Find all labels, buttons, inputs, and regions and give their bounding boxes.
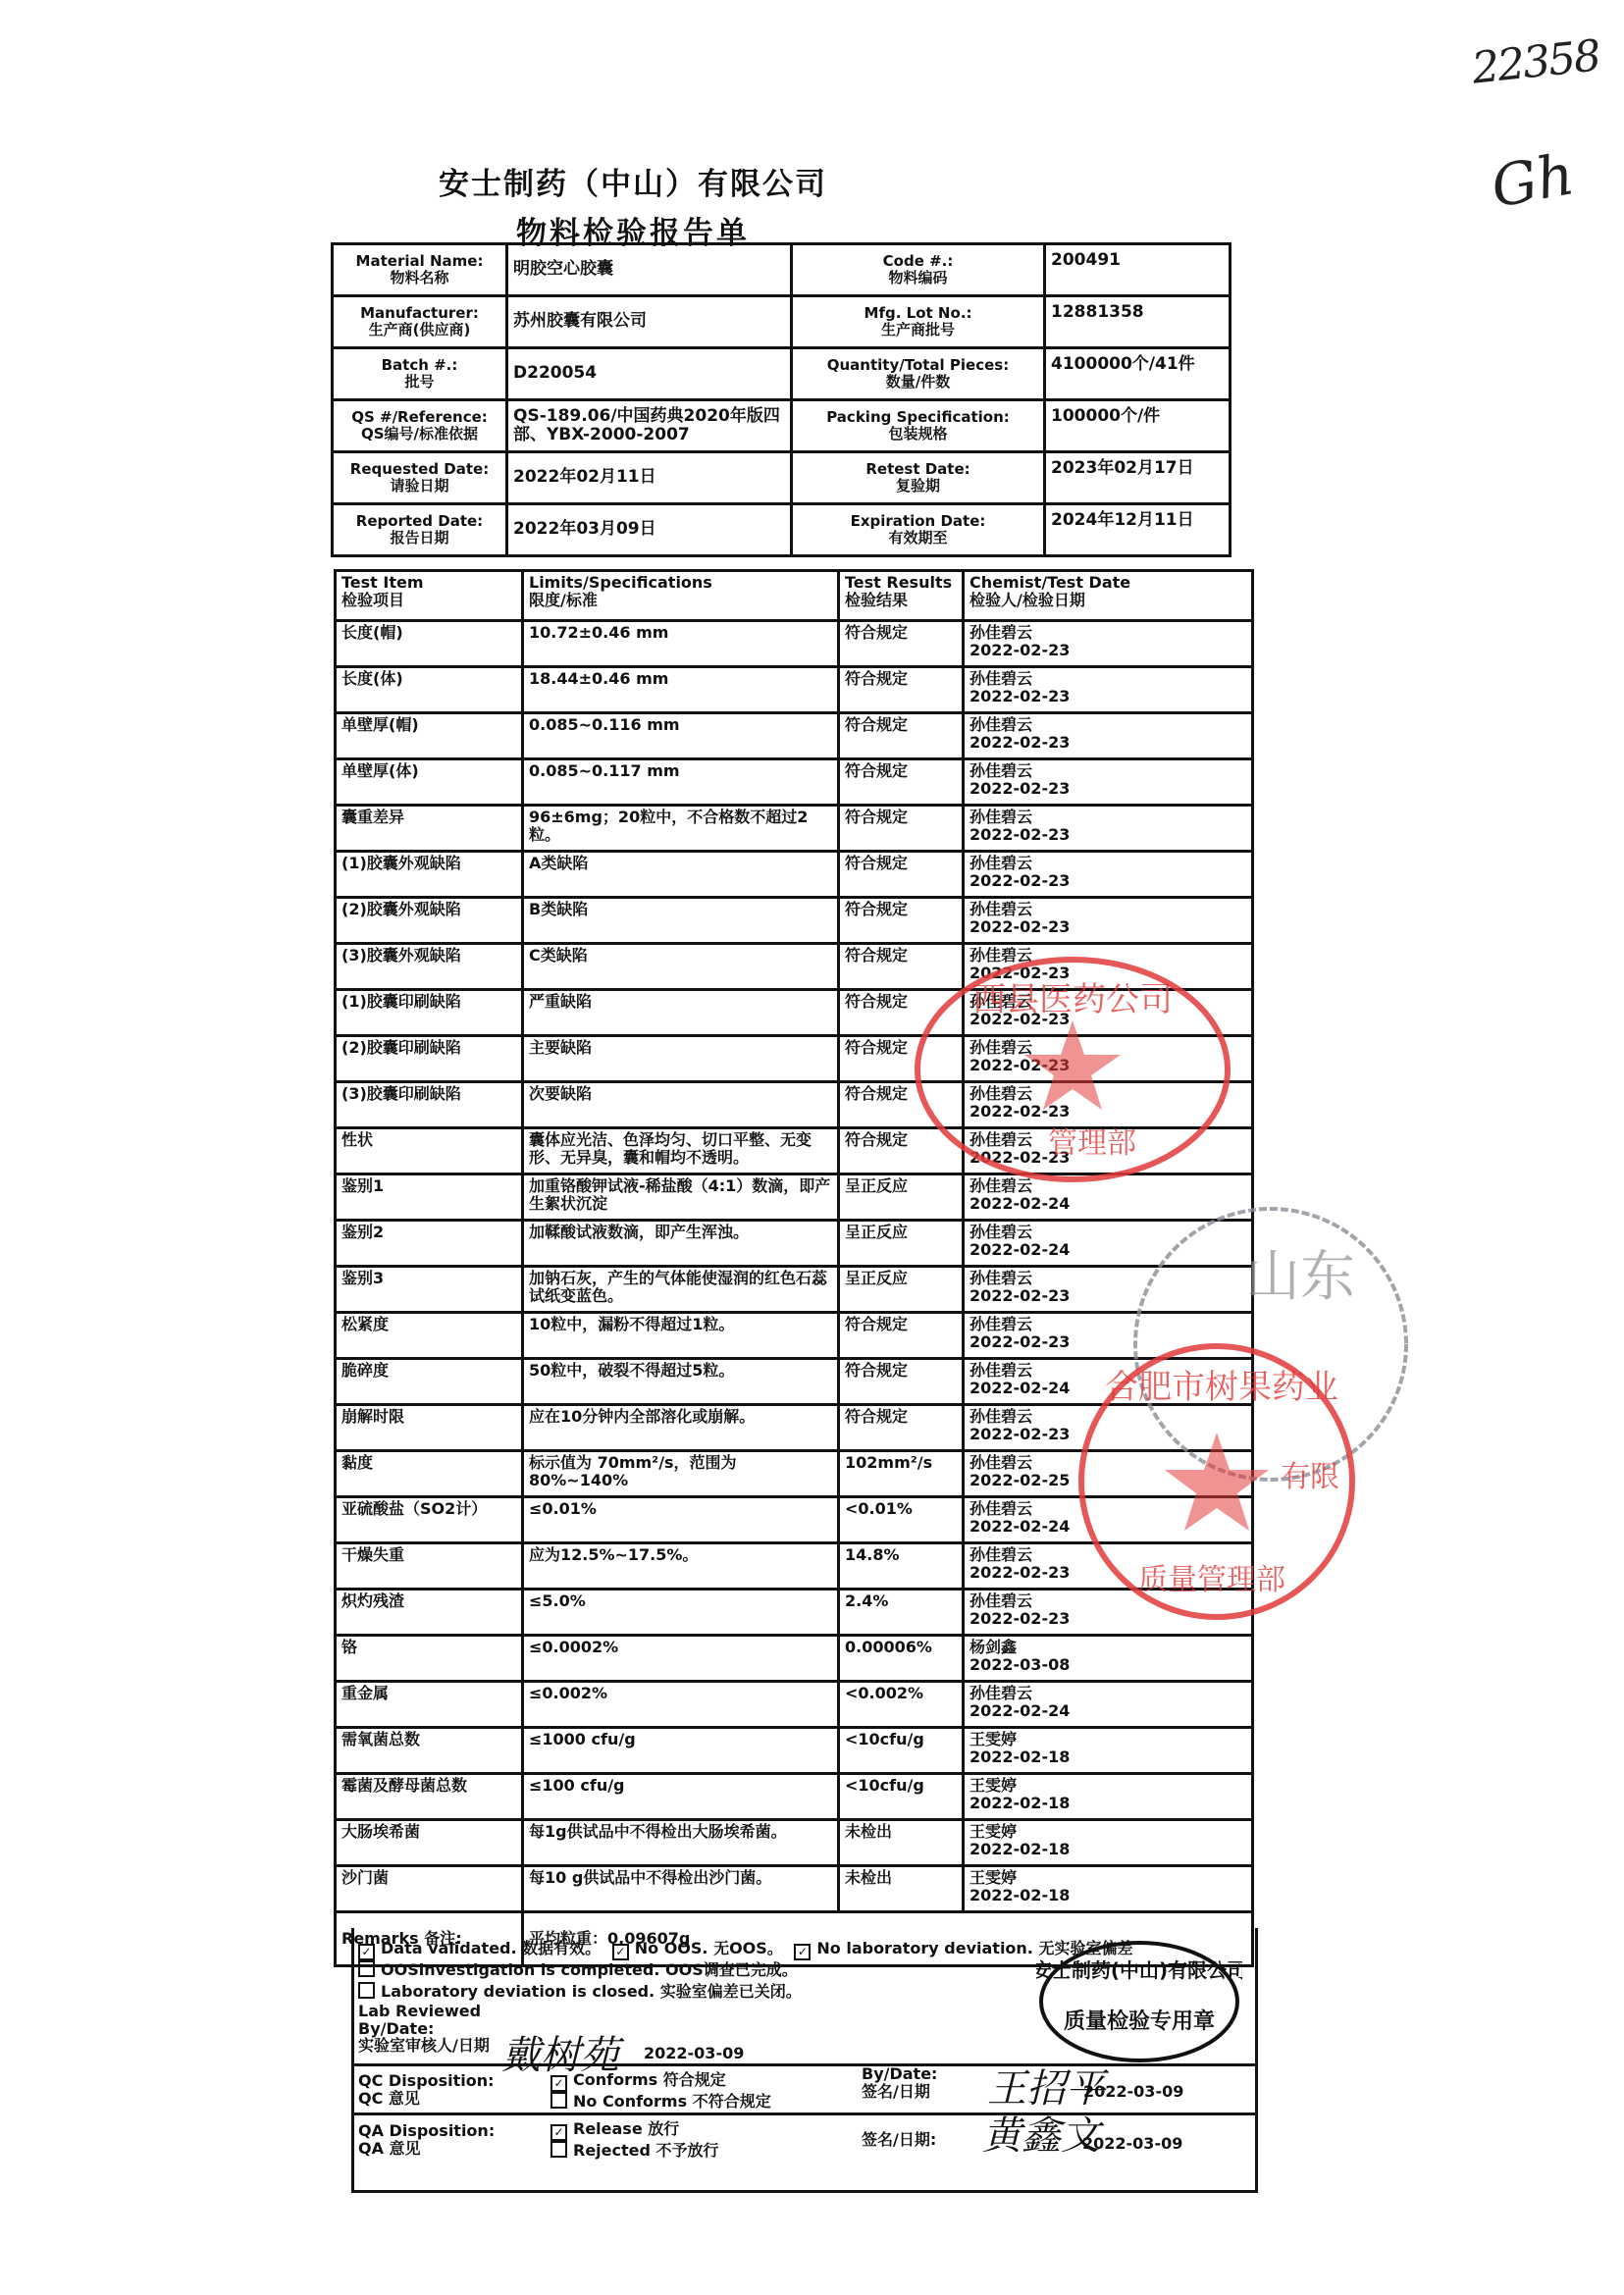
checkbox-rejected[interactable] xyxy=(550,2141,567,2158)
test-spec: ≤0.01% xyxy=(523,1497,839,1543)
chemist-date: 孙佳碧云2022-02-23 xyxy=(964,852,1253,898)
company-name: 安士制药（中山）有限公司 xyxy=(0,159,1266,203)
test-item: 炽灼残渣 xyxy=(336,1590,523,1636)
test-result: <10cfu/g xyxy=(839,1728,964,1774)
test-spec: 0.085~0.116 mm xyxy=(523,713,839,759)
test-item: (3)胶囊外观缺陷 xyxy=(336,944,523,990)
test-spec: 0.085~0.117 mm xyxy=(523,759,839,806)
field-value: 12881358 xyxy=(1045,296,1231,348)
column-header: Chemist/Test Date检验人/检验日期 xyxy=(964,571,1253,621)
field-value: 100000个/件 xyxy=(1045,400,1231,452)
table-header-row: Test Item检验项目Limits/Specifications限度/标准T… xyxy=(336,571,1253,621)
test-result: <0.01% xyxy=(839,1497,964,1543)
table-row: 霉菌及酵母菌总数≤100 cfu/g<10cfu/g王雯婷2022-02-18 xyxy=(336,1774,1253,1820)
svg-text:有限: 有限 xyxy=(1281,1460,1339,1494)
table-row: 大肠埃希菌每1g供试品中不得检出大肠埃希菌。未检出王雯婷2022-02-18 xyxy=(336,1820,1253,1866)
checkbox-conforms[interactable]: ✓ xyxy=(550,2075,567,2092)
checkbox-no-conforms[interactable] xyxy=(550,2092,567,2109)
field-label: Mfg. Lot No.:生产商批号 xyxy=(792,296,1045,348)
test-spec: 加重铬酸钾试液-稀盐酸（4:1）数滴，即产生絮状沉淀 xyxy=(523,1174,839,1221)
field-value: 200491 xyxy=(1045,244,1231,296)
qa-disposition-label: QA Disposition: QA 意见 xyxy=(358,2122,495,2157)
chemist-date: 孙佳碧云2022-02-23 xyxy=(964,944,1253,990)
test-item: 铬 xyxy=(336,1636,523,1682)
field-label: Packing Specification:包装规格 xyxy=(792,400,1045,452)
svg-text:山东: 山东 xyxy=(1245,1245,1355,1309)
test-spec: ≤0.002% xyxy=(523,1682,839,1728)
test-result: 符合规定 xyxy=(839,1313,964,1359)
column-header: Limits/Specifications限度/标准 xyxy=(523,571,839,621)
qc-disposition-label: QC Disposition: QC 意见 xyxy=(358,2072,495,2107)
column-header: Test Item检验项目 xyxy=(336,571,523,621)
chemist-date: 王雯婷2022-02-18 xyxy=(964,1774,1253,1820)
test-item: 脆碎度 xyxy=(336,1359,523,1405)
test-item: 霉菌及酵母菌总数 xyxy=(336,1774,523,1820)
chemist-date: 孙佳碧云2022-02-24 xyxy=(964,1359,1253,1405)
table-row: 鉴别3加钠石灰，产生的气体能使湿润的红色石蕊试纸变蓝色。呈正反应孙佳碧云2022… xyxy=(336,1267,1253,1313)
test-item: 黏度 xyxy=(336,1451,523,1497)
test-spec: C类缺陷 xyxy=(523,944,839,990)
table-row: 铬≤0.0002%0.00006%杨剑鑫2022-03-08 xyxy=(336,1636,1253,1682)
chemist-date: 孙佳碧云2022-02-25 xyxy=(964,1451,1253,1497)
test-result: 符合规定 xyxy=(839,621,964,667)
test-spec: ≤5.0% xyxy=(523,1590,839,1636)
chemist-date: 孙佳碧云2022-02-23 xyxy=(964,1543,1253,1590)
test-item: 鉴别1 xyxy=(336,1174,523,1221)
field-value: 4100000个/41件 xyxy=(1045,348,1231,400)
test-spec: 标示值为 70mm²/s，范围为80%~140% xyxy=(523,1451,839,1497)
chemist-date: 孙佳碧云2022-02-23 xyxy=(964,759,1253,806)
table-row: 长度(体)18.44±0.46 mm符合规定孙佳碧云2022-02-23 xyxy=(336,667,1253,713)
qc-option-label: Conforms 符合规定 xyxy=(573,2070,726,2089)
qc-options: ✓Conforms 符合规定 No Conforms 不符合规定 xyxy=(550,2071,771,2111)
test-result: 符合规定 xyxy=(839,667,964,713)
test-item: 长度(帽) xyxy=(336,621,523,667)
test-result: 符合规定 xyxy=(839,1082,964,1128)
chemist-date: 王雯婷2022-02-18 xyxy=(964,1728,1253,1774)
checkbox-release[interactable]: ✓ xyxy=(550,2124,567,2141)
qc-by-label-line: 签名/日期 xyxy=(862,2083,937,2101)
table-row: (2)胶囊外观缺陷B类缺陷符合规定孙佳碧云2022-02-23 xyxy=(336,898,1253,944)
material-info-table: Material Name:物料名称明胶空心胶囊Code #.:物料编码2004… xyxy=(331,242,1231,557)
qa-option-label: Rejected 不予放行 xyxy=(573,2141,719,2160)
info-row: Batch #.:批号D220054Quantity/Total Pieces:… xyxy=(333,348,1231,400)
table-row: 沙门菌每10 g供试品中不得检出沙门菌。未检出王雯婷2022-02-18 xyxy=(336,1866,1253,1912)
column-header: Test Results检验结果 xyxy=(839,571,964,621)
test-result: 呈正反应 xyxy=(839,1174,964,1221)
chemist-date: 孙佳碧云2022-02-24 xyxy=(964,1682,1253,1728)
table-row: 松紧度10粒中，漏粉不得超过1粒。符合规定孙佳碧云2022-02-23 xyxy=(336,1313,1253,1359)
table-row: 炽灼残渣≤5.0%2.4%孙佳碧云2022-02-23 xyxy=(336,1590,1253,1636)
check-label: No laboratory deviation. 无实验室偏差 xyxy=(816,1939,1132,1957)
test-result: 0.00006% xyxy=(839,1636,964,1682)
chemist-date: 杨剑鑫2022-03-08 xyxy=(964,1636,1253,1682)
field-label: QS #/Reference:QS编号/标准依据 xyxy=(333,400,507,452)
test-result: 符合规定 xyxy=(839,1036,964,1082)
test-spec: 每10 g供试品中不得检出沙门菌。 xyxy=(523,1866,839,1912)
chemist-date: 孙佳碧云2022-02-23 xyxy=(964,1082,1253,1128)
lab-reviewed-label-line: 实验室审核人/日期 xyxy=(358,2037,490,2055)
table-row: 需氧菌总数≤1000 cfu/g<10cfu/g王雯婷2022-02-18 xyxy=(336,1728,1253,1774)
field-value: 2024年12月11日 xyxy=(1045,504,1231,556)
info-row: QS #/Reference:QS编号/标准依据QS-189.06/中国药典20… xyxy=(333,400,1231,452)
lab-reviewed-label-line: By/Date: xyxy=(358,2020,490,2038)
test-item: 长度(体) xyxy=(336,667,523,713)
chemist-date: 孙佳碧云2022-02-23 xyxy=(964,1313,1253,1359)
field-label: Expiration Date:有效期至 xyxy=(792,504,1045,556)
qc-label-line: QC 意见 xyxy=(358,2090,495,2108)
validation-checks-line-3: Laboratory deviation is closed. 实验室偏差已关闭… xyxy=(358,1979,802,2002)
qa-options: ✓Release 放行 Rejected 不予放行 xyxy=(550,2120,719,2160)
validation-checks-line-1: ✓Data validated. 数据有效。 ✓No OOS. 无OOS。 ✓N… xyxy=(358,1936,1132,1958)
test-spec: 每1g供试品中不得检出大肠埃希菌。 xyxy=(523,1820,839,1866)
field-value: QS-189.06/中国药典2020年版四部、YBX-2000-2007 xyxy=(507,400,792,452)
table-row: 单壁厚(帽)0.085~0.116 mm符合规定孙佳碧云2022-02-23 xyxy=(336,713,1253,759)
field-label: Reported Date:报告日期 xyxy=(333,504,507,556)
test-item: (1)胶囊外观缺陷 xyxy=(336,852,523,898)
field-value: D220054 xyxy=(507,348,792,400)
table-row: 囊重差异96±6mg；20粒中，不合格数不超过2粒。符合规定孙佳碧云2022-0… xyxy=(336,806,1253,852)
test-item: 崩解时限 xyxy=(336,1405,523,1451)
test-result: 符合规定 xyxy=(839,759,964,806)
qc-option-label: No Conforms 不符合规定 xyxy=(573,2092,771,2111)
field-label: Requested Date:请验日期 xyxy=(333,452,507,504)
test-result: 符合规定 xyxy=(839,898,964,944)
chemist-date: 孙佳碧云2022-02-23 xyxy=(964,1267,1253,1313)
info-row: Manufacturer:生产商(供应商)苏州胶囊有限公司Mfg. Lot No… xyxy=(333,296,1231,348)
table-row: 亚硫酸盐（SO2计）≤0.01%<0.01%孙佳碧云2022-02-24 xyxy=(336,1497,1253,1543)
table-row: 黏度标示值为 70mm²/s，范围为80%~140%102mm²/s孙佳碧云20… xyxy=(336,1451,1253,1497)
field-value: 苏州胶囊有限公司 xyxy=(507,296,792,348)
test-result: 符合规定 xyxy=(839,1405,964,1451)
test-item: (2)胶囊印刷缺陷 xyxy=(336,1036,523,1082)
check-label: No OOS. 无OOS。 xyxy=(635,1939,783,1957)
test-spec: A类缺陷 xyxy=(523,852,839,898)
table-row: (1)胶囊外观缺陷A类缺陷符合规定孙佳碧云2022-02-23 xyxy=(336,852,1253,898)
field-value: 2023年02月17日 xyxy=(1045,452,1231,504)
test-item: 鉴别2 xyxy=(336,1221,523,1267)
chemist-date: 孙佳碧云2022-02-23 xyxy=(964,806,1253,852)
table-row: 崩解时限应在10分钟内全部溶化或崩解。符合规定孙佳碧云2022-02-23 xyxy=(336,1405,1253,1451)
test-spec: ≤0.0002% xyxy=(523,1636,839,1682)
chemist-date: 孙佳碧云2022-02-23 xyxy=(964,1036,1253,1082)
field-label: Retest Date:复验期 xyxy=(792,452,1045,504)
chemist-date: 孙佳碧云2022-02-23 xyxy=(964,713,1253,759)
qc-by-label-line: By/Date: xyxy=(862,2065,937,2083)
table-row: 重金属≤0.002%<0.002%孙佳碧云2022-02-24 xyxy=(336,1682,1253,1728)
handwritten-document-number: 22358 xyxy=(1470,30,1602,93)
chemist-date: 孙佳碧云2022-02-24 xyxy=(964,1497,1253,1543)
chemist-date: 孙佳碧云2022-02-23 xyxy=(964,1128,1253,1174)
test-result: 呈正反应 xyxy=(839,1221,964,1267)
field-value: 2022年02月11日 xyxy=(507,452,792,504)
test-item: 鉴别3 xyxy=(336,1267,523,1313)
test-spec: 加鞣酸试液数滴，即产生浑浊。 xyxy=(523,1221,839,1267)
chemist-date: 孙佳碧云2022-02-24 xyxy=(964,1174,1253,1221)
test-spec: 主要缺陷 xyxy=(523,1036,839,1082)
info-row: Reported Date:报告日期2022年03月09日Expiration … xyxy=(333,504,1231,556)
test-item: 重金属 xyxy=(336,1682,523,1728)
table-row: 性状囊体应光洁、色泽均匀、切口平整、无变形、无异臭，囊和帽均不透明。符合规定孙佳… xyxy=(336,1128,1253,1174)
chemist-date: 孙佳碧云2022-02-23 xyxy=(964,898,1253,944)
field-value: 2022年03月09日 xyxy=(507,504,792,556)
table-row: 单壁厚(体)0.085~0.117 mm符合规定孙佳碧云2022-02-23 xyxy=(336,759,1253,806)
test-result: 符合规定 xyxy=(839,944,964,990)
test-spec: 应在10分钟内全部溶化或崩解。 xyxy=(523,1405,839,1451)
test-item: 亚硫酸盐（SO2计） xyxy=(336,1497,523,1543)
chemist-date: 孙佳碧云2022-02-23 xyxy=(964,1405,1253,1451)
field-label: Code #.:物料编码 xyxy=(792,244,1045,296)
validation-checks-line-2: OOSinvestigation is completed. OOS调查已完成。 xyxy=(358,1957,798,1980)
chemist-date: 孙佳碧云2022-02-23 xyxy=(964,621,1253,667)
qa-date: 2022-03-09 xyxy=(1082,2134,1182,2153)
test-item: (1)胶囊印刷缺陷 xyxy=(336,990,523,1036)
qc-label-line: QC Disposition: xyxy=(358,2072,495,2090)
test-result: 符合规定 xyxy=(839,713,964,759)
lab-reviewed-label: Lab Reviewed By/Date: 实验室审核人/日期 xyxy=(358,2003,490,2055)
test-spec: 严重缺陷 xyxy=(523,990,839,1036)
test-item: 单壁厚(帽) xyxy=(336,713,523,759)
table-row: 长度(帽)10.72±0.46 mm符合规定孙佳碧云2022-02-23 xyxy=(336,621,1253,667)
lab-reviewed-label-line: Lab Reviewed xyxy=(358,2003,490,2020)
test-result: <10cfu/g xyxy=(839,1774,964,1820)
qa-by-date-label: 签名/日期: xyxy=(862,2127,936,2150)
check-label: Laboratory deviation is closed. 实验室偏差已关闭… xyxy=(381,1982,802,2001)
test-item: 囊重差异 xyxy=(336,806,523,852)
qc-date: 2022-03-09 xyxy=(1083,2082,1183,2101)
test-spec: 96±6mg；20粒中，不合格数不超过2粒。 xyxy=(523,806,839,852)
table-row: 鉴别2加鞣酸试液数滴，即产生浑浊。呈正反应孙佳碧云2022-02-24 xyxy=(336,1221,1253,1267)
table-row: 干燥失重应为12.5%~17.5%。14.8%孙佳碧云2022-02-23 xyxy=(336,1543,1253,1590)
test-spec: 囊体应光洁、色泽均匀、切口平整、无变形、无异臭，囊和帽均不透明。 xyxy=(523,1128,839,1174)
test-result: 符合规定 xyxy=(839,806,964,852)
chemist-date: 王雯婷2022-02-18 xyxy=(964,1820,1253,1866)
test-result: 符合规定 xyxy=(839,1359,964,1405)
test-spec: 18.44±0.46 mm xyxy=(523,667,839,713)
test-result: 未检出 xyxy=(839,1866,964,1912)
test-result: 呈正反应 xyxy=(839,1267,964,1313)
test-item: (3)胶囊印刷缺陷 xyxy=(336,1082,523,1128)
test-spec: 50粒中，破裂不得超过5粒。 xyxy=(523,1359,839,1405)
field-label: Quantity/Total Pieces:数量/件数 xyxy=(792,348,1045,400)
review-disposition-section: ✓Data validated. 数据有效。 ✓No OOS. 无OOS。 ✓N… xyxy=(351,1928,1258,2193)
test-result: 102mm²/s xyxy=(839,1451,964,1497)
chemist-date: 孙佳碧云2022-02-23 xyxy=(964,667,1253,713)
checkbox-oos-investigation-completed[interactable] xyxy=(358,1960,375,1977)
field-label: Manufacturer:生产商(供应商) xyxy=(333,296,507,348)
checkbox-lab-deviation-closed[interactable] xyxy=(358,1982,375,1999)
chemist-date: 孙佳碧云2022-02-23 xyxy=(964,1590,1253,1636)
test-item: 大肠埃希菌 xyxy=(336,1820,523,1866)
handwritten-initials: Gh xyxy=(1487,140,1579,220)
check-label: OOSinvestigation is completed. OOS调查已完成。 xyxy=(381,1960,798,1979)
test-spec: ≤1000 cfu/g xyxy=(523,1728,839,1774)
test-result: 符合规定 xyxy=(839,990,964,1036)
test-result: 2.4% xyxy=(839,1590,964,1636)
table-row: 脆碎度50粒中，破裂不得超过5粒。符合规定孙佳碧云2022-02-24 xyxy=(336,1359,1253,1405)
field-label: Batch #.:批号 xyxy=(333,348,507,400)
test-result: 14.8% xyxy=(839,1543,964,1590)
chemist-date: 孙佳碧云2022-02-23 xyxy=(964,990,1253,1036)
chemist-date: 王雯婷2022-02-18 xyxy=(964,1866,1253,1912)
qa-label-line: QA Disposition: xyxy=(358,2122,495,2140)
test-item: 沙门菌 xyxy=(336,1866,523,1912)
test-results-table: Test Item检验项目Limits/Specifications限度/标准T… xyxy=(334,569,1254,1967)
field-label: Material Name:物料名称 xyxy=(333,244,507,296)
field-value: 明胶空心胶囊 xyxy=(507,244,792,296)
test-spec: 加钠石灰，产生的气体能使湿润的红色石蕊试纸变蓝色。 xyxy=(523,1267,839,1313)
test-item: 性状 xyxy=(336,1128,523,1174)
table-row: (3)胶囊印刷缺陷次要缺陷符合规定孙佳碧云2022-02-23 xyxy=(336,1082,1253,1128)
test-item: 需氧菌总数 xyxy=(336,1728,523,1774)
test-result: 未检出 xyxy=(839,1820,964,1866)
test-spec: 应为12.5%~17.5%。 xyxy=(523,1543,839,1590)
test-result: 符合规定 xyxy=(839,1128,964,1174)
test-item: 单壁厚(体) xyxy=(336,759,523,806)
test-spec: 次要缺陷 xyxy=(523,1082,839,1128)
lab-review-date: 2022-03-09 xyxy=(644,2044,744,2062)
test-result: 符合规定 xyxy=(839,852,964,898)
qc-by-date-label: By/Date: 签名/日期 xyxy=(862,2065,937,2100)
test-item: (2)胶囊外观缺陷 xyxy=(336,898,523,944)
info-row: Material Name:物料名称明胶空心胶囊Code #.:物料编码2004… xyxy=(333,244,1231,296)
test-item: 松紧度 xyxy=(336,1313,523,1359)
test-spec: B类缺陷 xyxy=(523,898,839,944)
qa-label-line: QA 意见 xyxy=(358,2140,495,2158)
test-spec: ≤100 cfu/g xyxy=(523,1774,839,1820)
test-item: 干燥失重 xyxy=(336,1543,523,1590)
table-row: 鉴别1加重铬酸钾试液-稀盐酸（4:1）数滴，即产生絮状沉淀呈正反应孙佳碧云202… xyxy=(336,1174,1253,1221)
test-result: <0.002% xyxy=(839,1682,964,1728)
table-row: (1)胶囊印刷缺陷严重缺陷符合规定孙佳碧云2022-02-23 xyxy=(336,990,1253,1036)
info-row: Requested Date:请验日期2022年02月11日Retest Dat… xyxy=(333,452,1231,504)
check-label: Data validated. 数据有效。 xyxy=(381,1939,601,1957)
test-spec: 10.72±0.46 mm xyxy=(523,621,839,667)
table-row: (2)胶囊印刷缺陷主要缺陷符合规定孙佳碧云2022-02-23 xyxy=(336,1036,1253,1082)
chemist-date: 孙佳碧云2022-02-24 xyxy=(964,1221,1253,1267)
test-spec: 10粒中，漏粉不得超过1粒。 xyxy=(523,1313,839,1359)
table-row: (3)胶囊外观缺陷C类缺陷符合规定孙佳碧云2022-02-23 xyxy=(336,944,1253,990)
qa-option-label: Release 放行 xyxy=(573,2119,679,2138)
